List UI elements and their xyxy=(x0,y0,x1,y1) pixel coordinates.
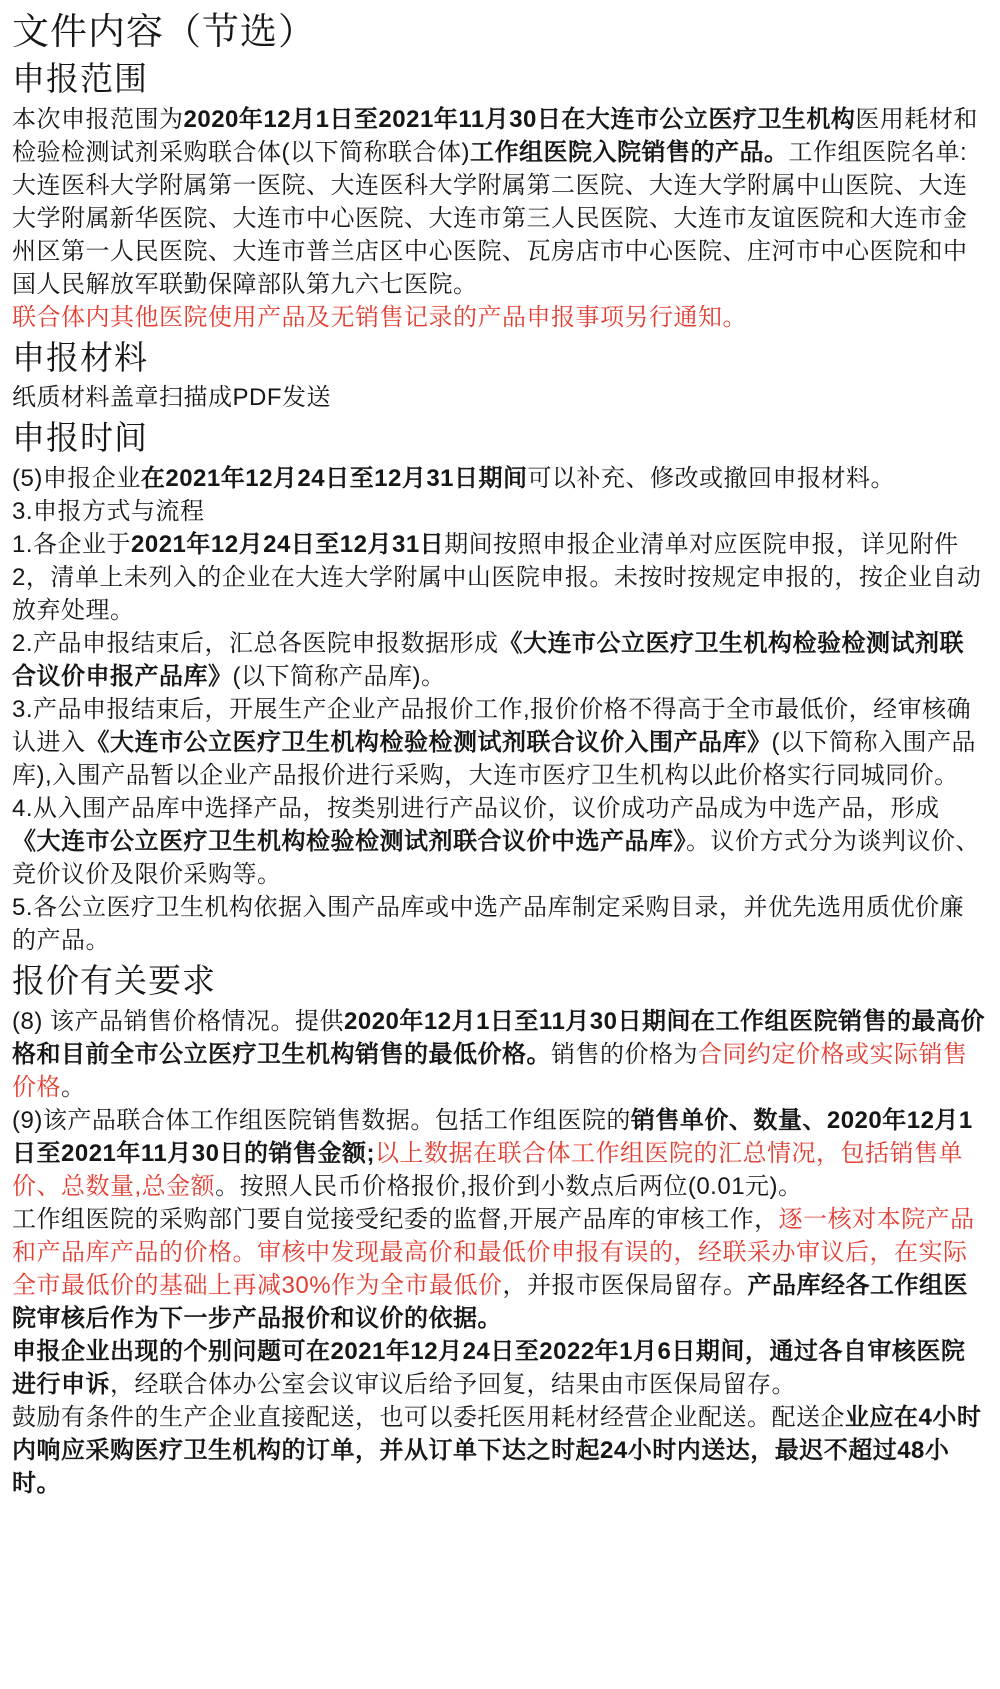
text-run: 报价有关要求 xyxy=(12,962,216,999)
text-run: 文件内容（节选） xyxy=(12,11,316,52)
text-run: 纸质材料盖章扫描成PDF发送 xyxy=(12,384,331,411)
text-run: 3.申报方式与流程 xyxy=(12,498,205,525)
bold-text-run: 2021年12月24日至12月31日 xyxy=(131,531,444,558)
text-run: 本次申报范围为 xyxy=(12,106,184,133)
bold-text-run: 《大连市公立医疗卫生机构检验检测试剂联合议价入围产品库》 xyxy=(86,729,772,756)
paragraph-process-item2: 2.产品申报结束后，汇总各医院申报数据形成《大连市公立医疗卫生机构检验检测试剂联… xyxy=(12,627,988,693)
text-run: ，经联合体办公室会议审议后给予回复，结果由市医保局留存。 xyxy=(110,1371,796,1398)
bold-text-run: 2020年12月1日至2021年11月30日在大连市公立医疗卫生机构 xyxy=(184,106,856,133)
paragraph-process-title: 3.申报方式与流程 xyxy=(12,495,988,528)
text-run: 1.各企业于 xyxy=(12,531,131,558)
text-run: 工作组医院的采购部门要自觉接受纪委的监督,开展产品库的审核工作， xyxy=(12,1206,779,1233)
text-run: 申报范围 xyxy=(12,60,148,97)
bold-text-run: 在2021年12月24日至12月31日期间 xyxy=(141,465,528,492)
text-run: (5)申报企业 xyxy=(12,465,141,492)
text-run: 鼓励有条件的生产企业直接配送，也可以委托医用耗材经营企业配送。配送企 xyxy=(12,1404,845,1431)
paragraph-process-item5: 5.各公立医疗卫生机构依据入围产品库或中选产品库制定采购目录，并优先选用质优价廉… xyxy=(12,891,988,957)
paragraph-time-item5: (5)申报企业在2021年12月24日至12月31日期间可以补充、修改或撤回申报… xyxy=(12,462,988,495)
heading-declaration-materials: 申报材料 xyxy=(12,336,988,380)
paragraph-distribution: 鼓励有条件的生产企业直接配送，也可以委托医用耗材经营企业配送。配送企业应在4小时… xyxy=(12,1401,988,1500)
paragraph-process-item3: 3.产品申报结束后，开展生产企业产品报价工作,报价价格不得高于全市最低价，经审核… xyxy=(12,693,988,792)
heading-quotation-requirements: 报价有关要求 xyxy=(12,959,988,1003)
text-run: (以下简称产品库)。 xyxy=(233,663,446,690)
text-run: 。 xyxy=(61,1074,86,1101)
paragraph-materials-body: 纸质材料盖章扫描成PDF发送 xyxy=(12,381,988,414)
text-run: 可以补充、修改或撤回申报材料。 xyxy=(528,465,896,492)
text-run: 申报时间 xyxy=(12,419,148,456)
text-run: (8) 该产品销售价格情况。提供 xyxy=(12,1008,344,1035)
paragraph-process-item4: 4.从入围产品库中选择产品，按类别进行产品议价，议价成功产品成为中选产品，形成《… xyxy=(12,792,988,891)
paragraph-other-hospitals-notice: 联合体内其他医院使用产品及无销售记录的产品申报事项另行通知。 xyxy=(12,301,988,334)
paragraph-appeal: 申报企业出现的个别问题可在2021年12月24日至2022年1月6日期间，通过各… xyxy=(12,1335,988,1401)
text-run: 。按照人民币价格报价,报价到小数点后两位(0.01元)。 xyxy=(215,1173,802,1200)
bold-text-run: 《大连市公立医疗卫生机构检验检测试剂联合议价中选产品库》 xyxy=(12,828,686,855)
text-run: 2.产品申报结束后，汇总各医院申报数据形成 xyxy=(12,630,499,657)
document-body: 文件内容（节选）申报范围本次申报范围为2020年12月1日至2021年11月30… xyxy=(12,8,988,1500)
heading-declaration-scope: 申报范围 xyxy=(12,57,988,101)
heading-declaration-time: 申报时间 xyxy=(12,416,988,460)
text-run: ，并报市医保局留存。 xyxy=(503,1272,748,1299)
paragraph-quotation-item8: (8) 该产品销售价格情况。提供2020年12月1日至11月30日期间在工作组医… xyxy=(12,1005,988,1104)
text-run: (9)该产品联合体工作组医院销售数据。包括工作组医院的 xyxy=(12,1107,631,1134)
paragraph-scope-body: 本次申报范围为2020年12月1日至2021年11月30日在大连市公立医疗卫生机… xyxy=(12,103,988,301)
text-run: 销售的价格为 xyxy=(551,1041,698,1068)
doc-title: 文件内容（节选） xyxy=(12,8,988,55)
text-run: 4.从入围产品库中选择产品，按类别进行产品议价，议价成功产品成为中选产品，形成 xyxy=(12,795,940,822)
red-emphasis-text-run: 联合体内其他医院使用产品及无销售记录的产品申报事项另行通知。 xyxy=(12,304,747,331)
paragraph-quotation-item9: (9)该产品联合体工作组医院销售数据。包括工作组医院的销售单价、数量、2020年… xyxy=(12,1104,988,1203)
paragraph-audit-supervision: 工作组医院的采购部门要自觉接受纪委的监督,开展产品库的审核工作，逐一核对本院产品… xyxy=(12,1203,988,1335)
text-run: 申报材料 xyxy=(12,339,148,376)
document-page: 文件内容（节选）申报范围本次申报范围为2020年12月1日至2021年11月30… xyxy=(0,0,1000,1689)
paragraph-process-item1: 1.各企业于2021年12月24日至12月31日期间按照申报企业清单对应医院申报… xyxy=(12,528,988,627)
text-run: 5.各公立医疗卫生机构依据入围产品库或中选产品库制定采购目录，并优先选用质优价廉… xyxy=(12,894,964,954)
bold-text-run: 工作组医院入院销售的产品。 xyxy=(470,139,789,166)
